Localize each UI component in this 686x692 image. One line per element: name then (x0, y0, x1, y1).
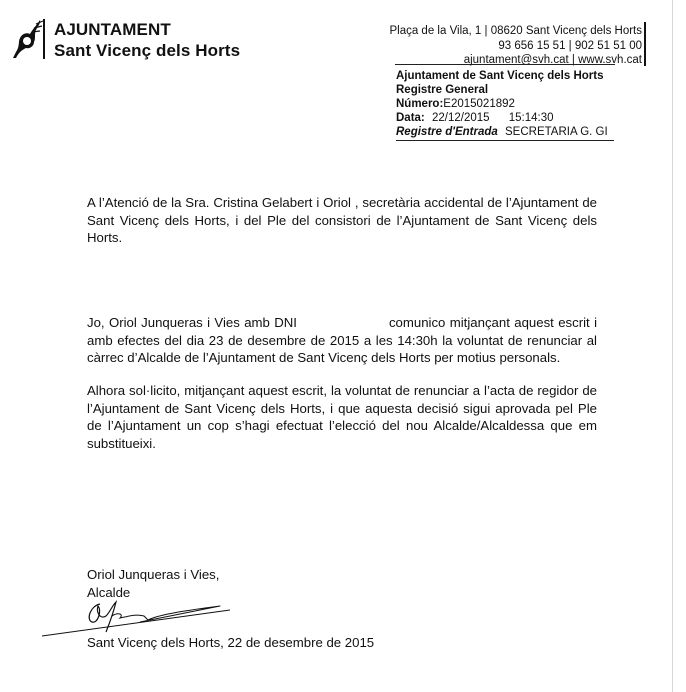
paragraph2-start: Jo, Oriol Junqueras i Vies amb DNI (87, 315, 297, 330)
stamp-date-row: Data: 22/12/2015 15:14:30 (396, 111, 608, 125)
stamp-entry-label: Registre d'Entrada (396, 125, 498, 139)
logo-divider (43, 19, 45, 59)
contact-divider (644, 22, 646, 66)
letter-resignation-paragraph: Jo, Oriol Junqueras i Vies amb DNIcomuni… (87, 314, 597, 367)
letter-addressee-paragraph: A l’Atenció de la Sra. Cristina Gelabert… (87, 194, 597, 247)
stamp-entry-value: SECRETARIA G. GI (505, 125, 608, 139)
contact-block: Plaça de la Vila, 1 | 08620 Sant Vicenç … (389, 24, 642, 68)
stamp-registry: Registre General (396, 83, 608, 97)
org-line1: AJUNTAMENT (54, 19, 240, 40)
org-line2: Sant Vicenç dels Horts (54, 40, 240, 61)
contact-address: Plaça de la Vila, 1 | 08620 Sant Vicenç … (389, 24, 642, 39)
stamp-number-value: E2015021892 (443, 97, 515, 111)
signer-name: Oriol Junqueras i Vies, (87, 566, 219, 584)
stamp-underline (396, 140, 614, 141)
stamp-number-label: Número: (396, 97, 443, 111)
signer-block: Oriol Junqueras i Vies, Alcalde (87, 566, 219, 601)
contact-web: ajuntament@svh.cat | www.svh.cat (389, 53, 642, 68)
place-and-date: Sant Vicenç dels Horts, 22 de desembre d… (87, 634, 374, 652)
scan-edge (672, 0, 673, 692)
palm-leaf-emblem-icon (10, 18, 46, 60)
stamp-date-value: 22/12/2015 (432, 111, 490, 125)
letter-request-paragraph: Alhora sol·licito, mitjançant aquest esc… (87, 382, 597, 452)
stamp-title: Ajuntament de Sant Vicenç dels Horts (396, 69, 608, 83)
stamp-time-value: 15:14:30 (509, 111, 554, 125)
contact-phones: 93 656 15 51 | 902 51 51 00 (389, 39, 642, 54)
stamp-entry-row: Registre d'Entrada SECRETARIA G. GI (396, 125, 608, 139)
stamp-number-row: Número:E2015021892 (396, 97, 608, 111)
contact-rule (395, 64, 615, 65)
stamp-date-label: Data: (396, 111, 425, 125)
registry-stamp: Ajuntament de Sant Vicenç dels Horts Reg… (396, 69, 608, 139)
organization-name: AJUNTAMENT Sant Vicenç dels Horts (54, 19, 240, 61)
handwritten-signature (40, 598, 240, 638)
